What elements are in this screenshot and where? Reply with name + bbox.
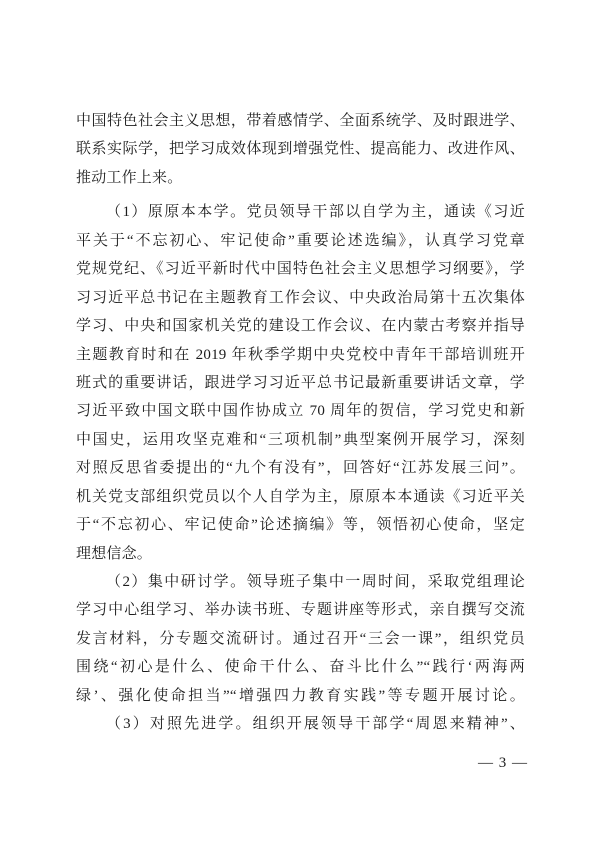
text-line: （2）集中研讨学。领导班子集中一周时间，采取党组理论 [76, 568, 525, 596]
text-line: 推动工作上来。 [76, 164, 525, 192]
text-line: 中国特色社会主义思想，带着感情学、全面系统学、及时跟进学、 [76, 107, 525, 135]
text-line: 学习中心组学习、举办读书班、专题讲座等形式，亲自撰写交流 [76, 596, 525, 624]
text-line: 绿’、强化使命担当”“增强四力教育实践”等专题开展讨论。 [76, 682, 525, 710]
paragraph: （3）对照先进学。组织开展领导干部学“周恩来精神”、 [76, 710, 525, 738]
text-line: 学习、中央和国家机关党的建设工作会议、在内蒙古考察并指导 [76, 312, 525, 340]
text-line: 发言材料，分专题交流研讨。通过召开“三会一课”，组织党员 [76, 625, 525, 653]
text-line: 对照反思省委提出的“九个有没有”，回答好“江苏发展三问”。 [76, 454, 525, 482]
text-line: 平关于“不忘初心、牢记使命”重要论述选编》，认真学习党章 [76, 227, 525, 255]
text-line: （3）对照先进学。组织开展领导干部学“周恩来精神”、 [76, 710, 525, 738]
text-line: 党规党纪、《习近平新时代中国特色社会主义思想学习纲要》，学 [76, 255, 525, 283]
text-line: 围绕“初心是什么、使命干什么、奋斗比什么”“践行‘两海两 [76, 653, 525, 681]
text-line: 主题教育时和在 2019 年秋季学期中央党校中青年干部培训班开 [76, 341, 525, 369]
text-line: 联系实际学，把学习成效体现到增强党性、提高能力、改进作风、 [76, 135, 525, 163]
text-line: 中国史，运用攻坚克难和“三项机制”典型案例开展学习，深刻 [76, 426, 525, 454]
text-line: 于“不忘初心、牢记使命”论述摘编》等，领悟初心使命，坚定 [76, 511, 525, 539]
text-line: 理想信念。 [76, 540, 525, 568]
text-line: （1）原原本本学。党员领导干部以自学为主，通读《习近 [76, 198, 525, 226]
paragraph: （2）集中研讨学。领导班子集中一周时间，采取党组理论学习中心组学习、举办读书班、… [76, 568, 525, 710]
text-line: 习近平致中国文联中国作协成立 70 周年的贺信，学习党史和新 [76, 397, 525, 425]
text-line: 班式的重要讲话，跟进学习习近平总书记最新重要讲话文章，学 [76, 369, 525, 397]
text-line: 习习近平总书记在主题教育工作会议、中央政治局第十五次集体 [76, 284, 525, 312]
body-text: 中国特色社会主义思想，带着感情学、全面系统学、及时跟进学、联系实际学，把学习成效… [76, 107, 525, 739]
paragraph: 中国特色社会主义思想，带着感情学、全面系统学、及时跟进学、联系实际学，把学习成效… [76, 107, 525, 192]
page-number: — 3 — [478, 752, 528, 774]
document-page: 中国特色社会主义思想，带着感情学、全面系统学、及时跟进学、联系实际学，把学习成效… [0, 0, 600, 852]
paragraph: （1）原原本本学。党员领导干部以自学为主，通读《习近平关于“不忘初心、牢记使命”… [76, 198, 525, 568]
text-line: 机关党支部组织党员以个人自学为主，原原本本通读《习近平关 [76, 483, 525, 511]
